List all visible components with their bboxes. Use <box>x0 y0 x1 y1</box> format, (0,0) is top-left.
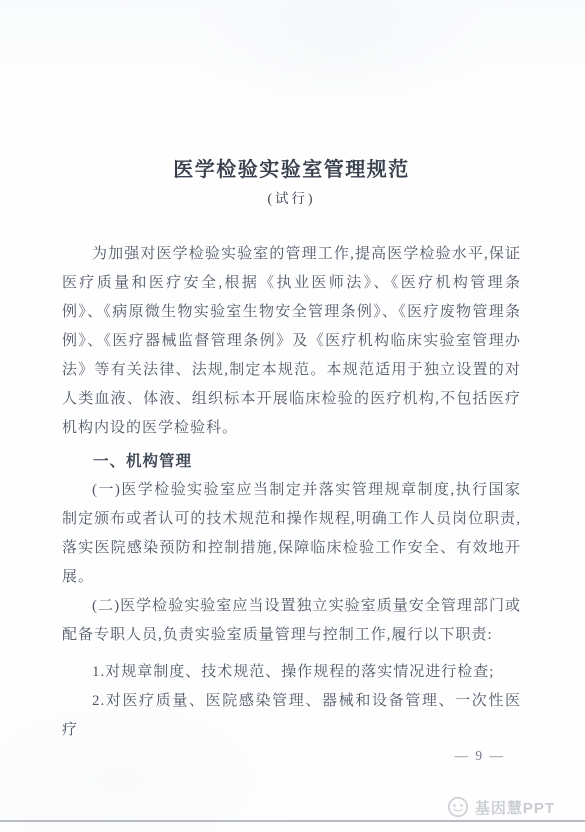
paragraph-item-2: (二)医学检验实验室应当设置独立实验室质量安全管理部门或配备专职人员,负责实验室… <box>62 592 521 650</box>
numbered-list-item-1: 1.对规章制度、技术规范、操作规程的落实情况进行检查; <box>62 658 521 687</box>
page-number: — 9 — <box>0 748 505 764</box>
page-title: 医学检验实验室管理规范 <box>62 155 521 185</box>
section-heading-institution-management: 一、机构管理 <box>62 447 521 476</box>
intro-paragraph: 为加强对医学检验实验室的管理工作,提高医学检验水平,保证医疗质量和医疗安全,根据… <box>62 240 521 443</box>
watermark: 基因慧PPT <box>447 796 555 818</box>
paragraph-item-1: (一)医学检验实验室应当制定并落实管理规章制度,执行国家制定颁布或者认可的技术规… <box>62 476 521 592</box>
document-content: 医学检验实验室管理规范 (试行) 为加强对医学检验实验室的管理工作,提高医学检验… <box>62 155 521 745</box>
watermark-label: 基因慧PPT <box>475 797 555 818</box>
gene-logo-icon <box>447 796 469 818</box>
bottom-divider <box>0 820 585 822</box>
document-subtitle: (试行) <box>62 189 521 209</box>
scanned-document-page: 医学检验实验室管理规范 (试行) 为加强对医学检验实验室的管理工作,提高医学检验… <box>0 0 585 832</box>
numbered-list-item-2: 2.对医疗质量、医院感染管理、器械和设备管理、一次性医疗 <box>62 687 521 745</box>
